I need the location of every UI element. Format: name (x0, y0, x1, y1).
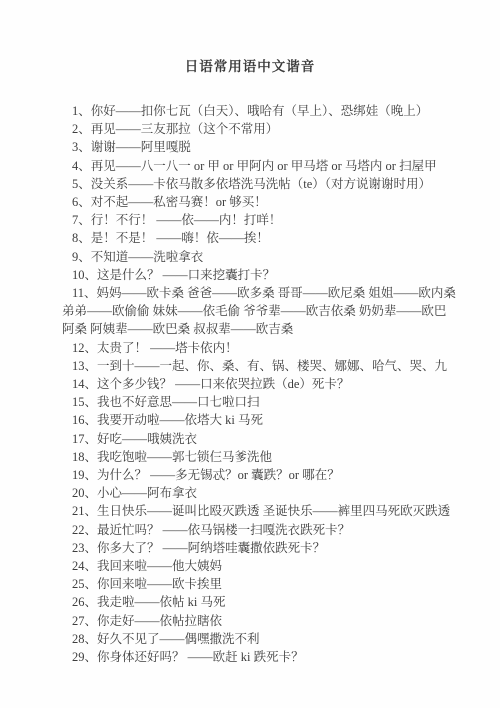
phrase-line: 25、你回来啦——欧卡挨里 (62, 575, 456, 593)
phrase-line: 18、我吃饱啦——郭七锁仨马爹洗他 (62, 448, 456, 466)
phrase-line: 9、不知道——洗啦拿衣 (62, 248, 456, 266)
phrase-line: 2、再见——三友那拉（这个不常用） (62, 120, 456, 138)
phrase-list: 1、你好——扣你七瓦（白天）、哦哈有（早上）、恐绑娃（晚上）2、再见——三友那拉… (0, 102, 500, 666)
phrase-line: 10、这是什么？ ——口来挖囊打卡？ (62, 266, 456, 284)
phrase-line: 7、行！不行！ ——依——内！打咩！ (62, 211, 456, 229)
phrase-line: 15、我也不好意思——口七啦口扫 (62, 393, 456, 411)
phrase-line: 23、你多大了？ ——阿纳塔哇囊撒依跌死卡？ (62, 539, 456, 557)
phrase-line: 16、我要开动啦——依塔大 ki 马死 (62, 411, 456, 429)
phrase-line: 22、最近忙吗？ ——依马锅楼一扫嘎洗衣跌死卡？ (62, 521, 456, 539)
phrase-line: 1、你好——扣你七瓦（白天）、哦哈有（早上）、恐绑娃（晚上） (62, 102, 456, 120)
phrase-line: 13、一到十——一起、你、桑、有、锅、楼哭、娜娜、哈气、哭、九 (62, 357, 456, 375)
phrase-line: 19、为什么？ ——多无锡忒？or 囊跌？or 哪在？ (62, 466, 456, 484)
phrase-line: 27、你走好——依帖拉瞎依 (62, 612, 456, 630)
phrase-line: 21、生日快乐——诞叫比殴灭跌透 圣诞快乐——裤里四马死欧灭跌透 (62, 502, 456, 520)
phrase-line: 8、是！不是！ ——嗨！依——挨！ (62, 229, 456, 247)
phrase-line: 29、你身体还好吗？ ——欧赶 ki 跌死卡？ (62, 648, 456, 666)
phrase-line: 3、谢谢——阿里嘎脱 (62, 138, 456, 156)
phrase-line: 24、我回来啦——他大姨妈 (62, 557, 456, 575)
phrase-line: 26、我走啦——依帖 ki 马死 (62, 593, 456, 611)
phrase-line: 17、好吃——哦姨洗衣 (62, 430, 456, 448)
phrase-line: 20、小心——阿布拿衣 (62, 484, 456, 502)
phrase-line: 4、再见——八一八一 or 甲 or 甲阿内 or 甲马塔 or 马塔内 or … (62, 157, 456, 175)
phrase-line: 28、好久不见了——偶嘿撒洗不利 (62, 630, 456, 648)
phrase-line: 12、太贵了！ ——塔卡依内！ (62, 339, 456, 357)
phrase-line: 6、对不起——私密马赛！or 够买！ (62, 193, 456, 211)
phrase-line: 5、没关系——卡依马散多依塔洗马洗帖（te）（对方说谢谢时用） (62, 175, 456, 193)
page-title: 日语常用语中文谐音 (0, 0, 500, 75)
document-page: 日语常用语中文谐音 1、你好——扣你七瓦（白天）、哦哈有（早上）、恐绑娃（晚上）… (0, 0, 500, 708)
phrase-line: 14、这个多少钱？ ——口来依哭拉跌（de）死卡？ (62, 375, 456, 393)
phrase-line: 11、妈妈——欧卡桑 爸爸——欧多桑 哥哥——欧尼桑 姐姐——欧内桑 弟弟——欧… (62, 284, 456, 339)
